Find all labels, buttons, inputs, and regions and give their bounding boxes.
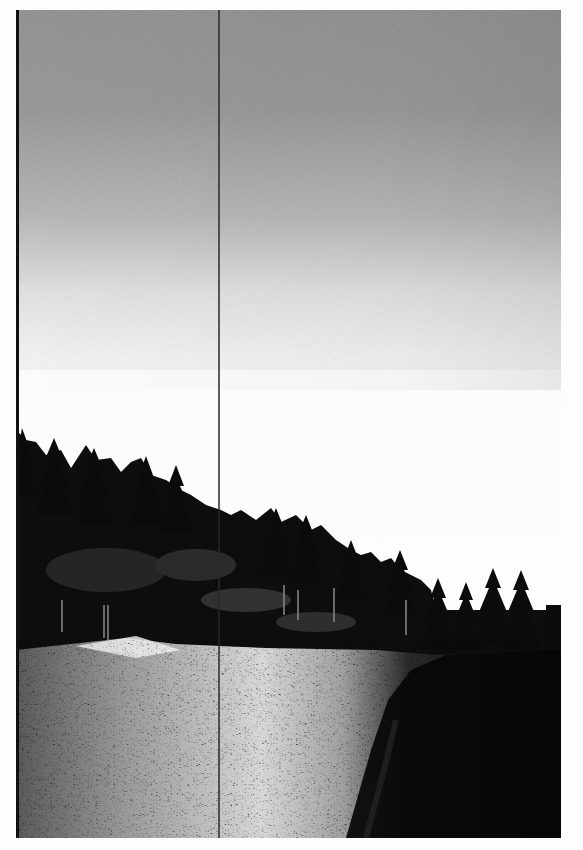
scan-artifact-line xyxy=(218,10,220,838)
scan-left-border xyxy=(16,10,19,838)
landscape-illustration xyxy=(16,10,561,838)
landscape-photo xyxy=(16,10,561,838)
scanned-page xyxy=(0,0,583,850)
